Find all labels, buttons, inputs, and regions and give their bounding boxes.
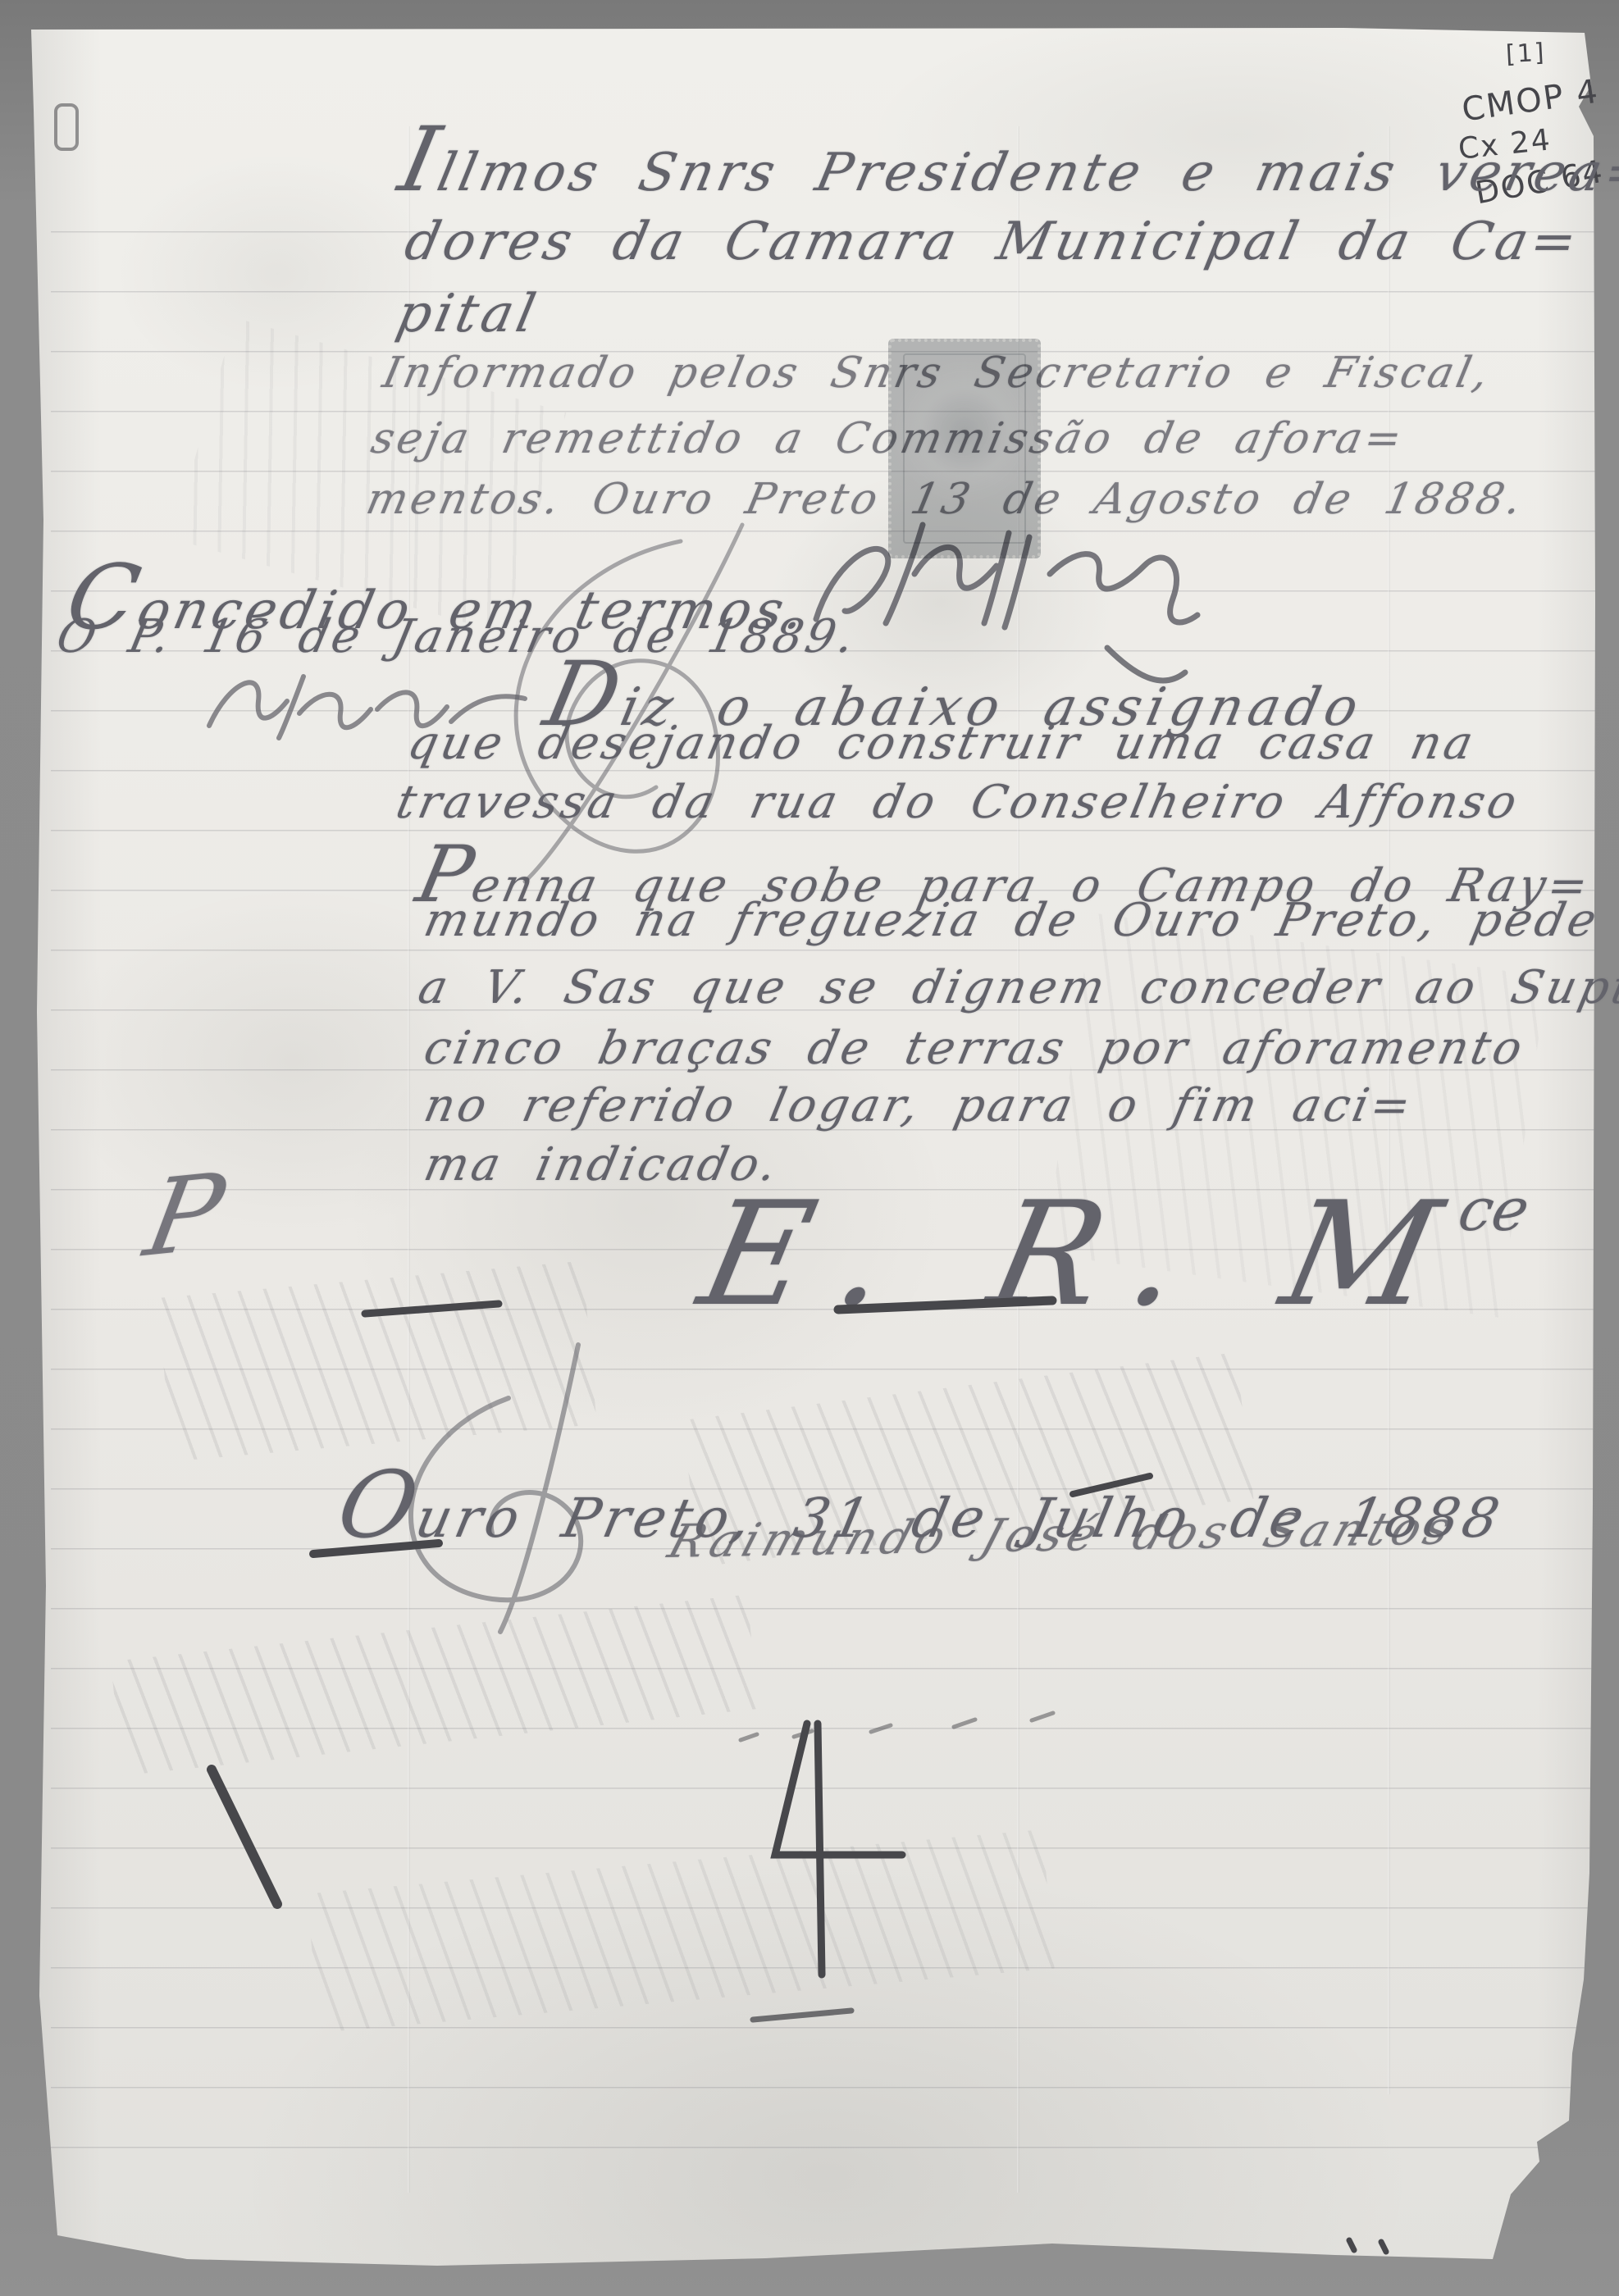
revenue-stamp	[888, 339, 1041, 558]
revenue-stamp-frame	[903, 353, 1026, 544]
paperclip-mark	[54, 103, 79, 151]
heading-line-3: pital	[392, 287, 544, 342]
petition-body-line: cinco braças de terras por aforamento	[420, 1025, 1530, 1073]
erm-superscript: ce	[1453, 1179, 1535, 1241]
petition-body-line: no referido logar, para o fim aci=	[420, 1082, 1418, 1131]
erm-formula: E. R. M ce	[689, 1179, 1521, 1331]
petition-body-line: travessa da rua do Conselheiro Affonso	[392, 779, 1524, 827]
petition-body-line: a V. Sas que se dignem conceder ao Supte	[414, 964, 1619, 1013]
erm-main-text: E. R. M	[689, 1180, 1481, 1331]
petition-body-line: que desejando construir uma casa na	[404, 720, 1480, 768]
petition-body-line: mundo na freguezia de Ouro Preto, pede	[420, 897, 1603, 945]
archive-note: [1]	[1505, 39, 1546, 69]
document-scan: [1] CMOP 4 Cx 24 DOC 64 Illmos Snrs Pres…	[0, 0, 1619, 2296]
heading-line-2: dores da Camara Municipal da Ca=	[400, 215, 1585, 270]
heading-line-1: Illmos Snrs Presidente e mais verea=	[392, 113, 1619, 207]
